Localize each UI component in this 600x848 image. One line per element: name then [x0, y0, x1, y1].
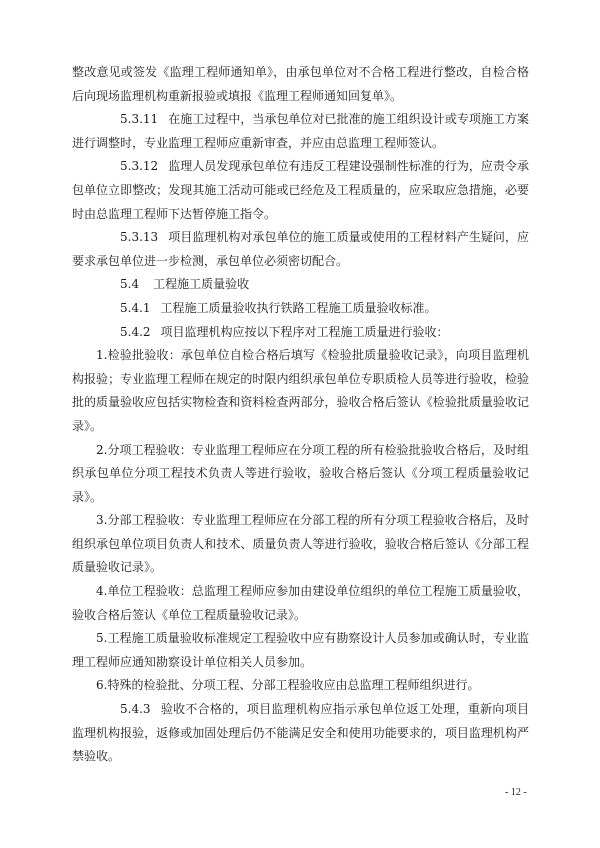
- list-item-1: 1.检验批验收：承包单位自检合格后填写《检验批质量验收记录》，向项目监理机构报验…: [72, 344, 529, 438]
- list-item-text: 1.检验批验收：承包单位自检合格后填写《检验批质量验收记录》，向项目监理机构报验…: [72, 348, 529, 433]
- list-item-text: 6.特殊的检验批、分项工程、分部工程验收应由总监理工程师组织进行。: [96, 678, 479, 692]
- clause-5-4-1: 5.4.1工程施工质量验收执行铁路工程施工质量验收标准。: [72, 297, 529, 321]
- clause-5-3-13: 5.3.13项目监理机构对承包单位的施工质量或使用的工程材料产生疑问，应要求承包…: [72, 226, 529, 273]
- section-title: 工程施工质量验收: [153, 277, 249, 291]
- list-item-2: 2.分项工程验收：专业监理工程师应在分项工程的所有检验批验收合格后，及时组织承包…: [72, 439, 529, 510]
- list-item-text: 3.分部工程验收：专业监理工程师应在分部工程的所有分项工程验收合格后，及时组织承…: [72, 513, 529, 574]
- clause-number: 5.4.2: [96, 321, 151, 345]
- list-item-text: 5.工程施工质量验收标准规定工程验收中应有勘察设计人员参加或确认时，专业监理工程…: [72, 631, 529, 669]
- list-item-text: 2.分项工程验收：专业监理工程师应在分项工程的所有检验批验收合格后，及时组织承包…: [72, 443, 529, 504]
- clause-5-4-3: 5.4.3验收不合格的，项目监理机构应指示承包单位返工处理，重新向项目监理机构报…: [72, 698, 529, 769]
- clause-5-3-12: 5.3.12监理人员发现承包单位有违反工程建设强制性标准的行为，应责令承包单位立…: [72, 155, 529, 226]
- clause-number: 5.4.3: [96, 698, 151, 722]
- paragraph-text: 整改意见或签发《监理工程师通知单》，由承包单位对不合格工程进行整改，自检合格后向…: [72, 65, 529, 103]
- list-item-text: 4.单位工程验收：总监理工程师应参加由建设单位组织的单位工程施工质量验收，验收合…: [72, 584, 529, 622]
- list-item-6: 6.特殊的检验批、分项工程、分部工程验收应由总监理工程师组织进行。: [72, 674, 529, 698]
- document-page: 整改意见或签发《监理工程师通知单》，由承包单位对不合格工程进行整改，自检合格后向…: [72, 61, 529, 769]
- list-item-3: 3.分部工程验收：专业监理工程师应在分部工程的所有分项工程验收合格后，及时组织承…: [72, 509, 529, 580]
- section-heading-5-4: 5.4工程施工质量验收: [72, 273, 529, 297]
- clause-text: 工程施工质量验收执行铁路工程施工质量验收标准。: [161, 301, 437, 315]
- clause-5-3-11: 5.3.11在施工过程中，当承包单位对已批准的施工组织设计或专项施工方案进行调整…: [72, 108, 529, 155]
- clause-text: 项目监理机构应按以下程序对工程施工质量进行验收：: [161, 325, 449, 339]
- list-item-5: 5.工程施工质量验收标准规定工程验收中应有勘察设计人员参加或确认时，专业监理工程…: [72, 627, 529, 674]
- clause-number: 5.3.13: [96, 226, 158, 250]
- section-number: 5.4: [96, 273, 139, 297]
- clause-number: 5.3.11: [96, 108, 158, 132]
- clause-number: 5.4.1: [96, 297, 151, 321]
- list-item-4: 4.单位工程验收：总监理工程师应参加由建设单位组织的单位工程施工质量验收，验收合…: [72, 580, 529, 627]
- clause-5-4-2: 5.4.2项目监理机构应按以下程序对工程施工质量进行验收：: [72, 321, 529, 345]
- paragraph-continuation: 整改意见或签发《监理工程师通知单》，由承包单位对不合格工程进行整改，自检合格后向…: [72, 61, 529, 108]
- page-number: - 12 -: [505, 787, 527, 798]
- clause-number: 5.3.12: [96, 155, 158, 179]
